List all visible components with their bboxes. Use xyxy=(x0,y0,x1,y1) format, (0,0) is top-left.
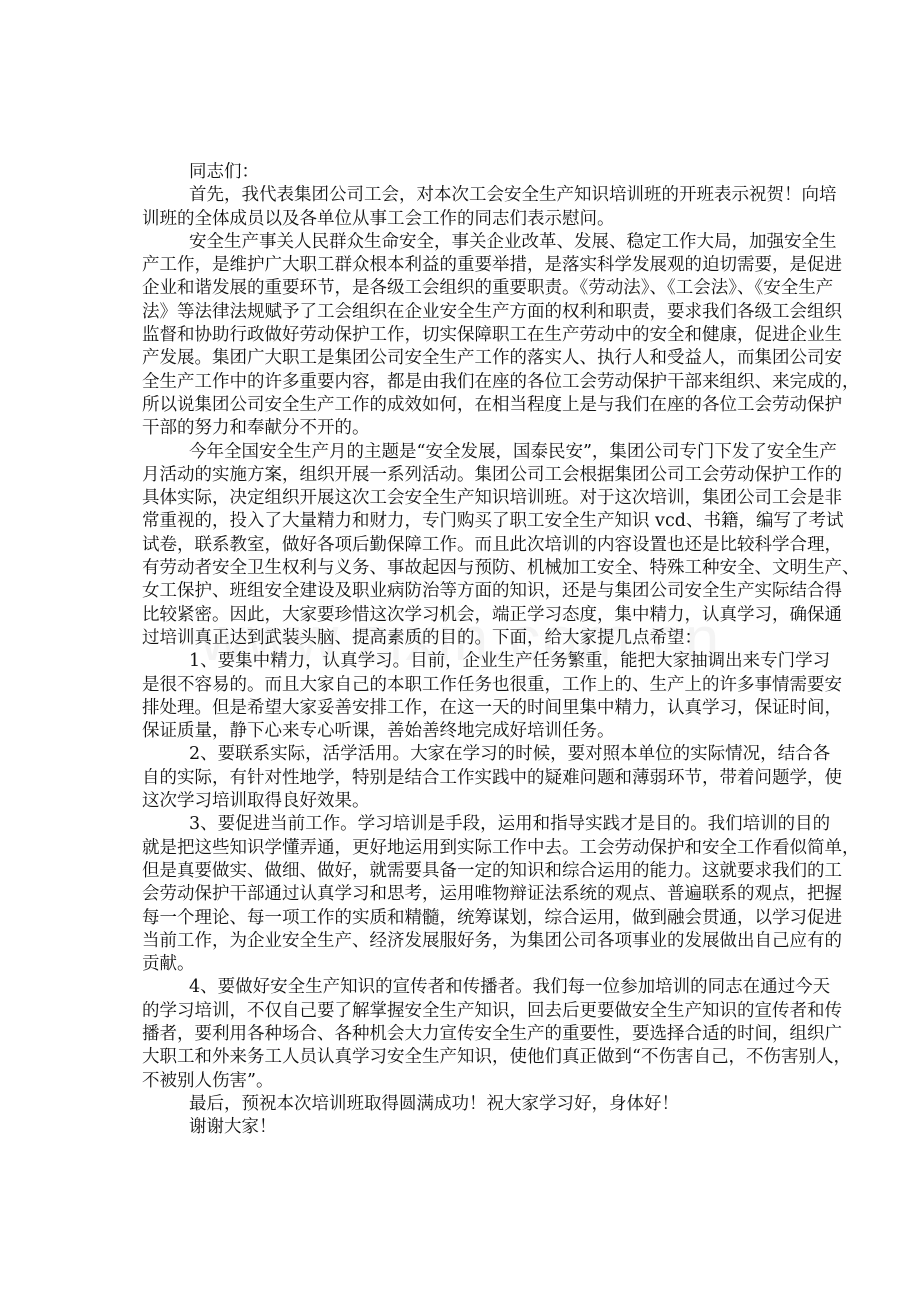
text-line: 产发展。集团广大职工是集团公司安全生产工作的落实人、执行人和受益人，而集团公司安 xyxy=(142,347,779,370)
text-line: 就是把这些知识学懂弄通，更好地运用到实际工作中去。工会劳动保护和安全工作看似简单… xyxy=(142,837,779,860)
text-line: 所以说集团公司安全生产工作的成效如何，在相当程度上是与我们在座的各位工会劳动保护 xyxy=(142,394,779,417)
text-line: 贡献。 xyxy=(142,953,779,976)
text-line: 不被别人伤害”。 xyxy=(142,1070,779,1093)
paragraph-this-year: 今年全国安全生产月的主题是“安全发展，国泰民安”，集团公司专门下发了安全生产月活… xyxy=(142,441,779,651)
document-body: 同志们：首先，我代表集团公司工会，对本次工会安全生产知识培训班的开班表示祝贺！向… xyxy=(142,161,779,1139)
paragraph-importance: 安全生产事关人民群众生命安全，事关企业改革、发展、稳定工作大局，加强安全生产工作… xyxy=(142,231,779,441)
paragraph-hope-4: 4、要做好安全生产知识的宣传者和传播者。我们每一位参加培训的同志在通过今天的学习… xyxy=(142,976,779,1092)
text-line: 训班的全体成员以及各单位从事工会工作的同志们表示慰问。 xyxy=(142,208,779,231)
text-line: 同志们： xyxy=(142,161,779,184)
text-line: 月活动的实施方案，组织开展一系列活动。集团公司工会根据集团公司工会劳动保护工作的 xyxy=(142,464,779,487)
text-line: 安全生产事关人民群众生命安全，事关企业改革、发展、稳定工作大局，加强安全生 xyxy=(142,231,779,254)
text-line: 有劳动者安全卫生权利与义务、事故起因与预防、机械加工安全、特殊工种安全、文明生产… xyxy=(142,557,779,580)
text-line: 法》等法律法规赋予了工会组织在企业安全生产方面的权利和职责，要求我们各级工会组织 xyxy=(142,301,779,324)
paragraph-closing-wish: 最后，预祝本次培训班取得圆满成功！祝大家学习好，身体好！ xyxy=(142,1093,779,1116)
paragraph-hope-1: 1、要集中精力，认真学习。目前，企业生产任务繁重，能把大家抽调出来专门学习是很不… xyxy=(142,650,779,743)
text-line: 全生产工作中的许多重要内容，都是由我们在座的各位工会劳动保护干部来组织、来完成的… xyxy=(142,371,779,394)
text-line: 最后，预祝本次培训班取得圆满成功！祝大家学习好，身体好！ xyxy=(142,1093,779,1116)
text-line: 4、要做好安全生产知识的宣传者和传播者。我们每一位参加培训的同志在通过今天 xyxy=(142,976,779,999)
text-line: 3、要促进当前工作。学习培训是手段，运用和指导实践才是目的。我们培训的目的 xyxy=(142,813,779,836)
text-line: 干部的努力和奉献分不开的。 xyxy=(142,417,779,440)
text-line: 会劳动保护干部通过认真学习和思考，运用唯物辩证法系统的观点、普遍联系的观点，把握 xyxy=(142,883,779,906)
text-line: 大职工和外来务工人员认真学习安全生产知识，使他们真正做到“不伤害自己，不伤害别人… xyxy=(142,1046,779,1069)
text-line: 谢谢大家！ xyxy=(142,1116,779,1139)
paragraph-hope-3: 3、要促进当前工作。学习培训是手段，运用和指导实践才是目的。我们培训的目的就是把… xyxy=(142,813,779,976)
text-line: 是很不容易的。而且大家自己的本职工作任务也很重，工作上的、生产上的许多事情需要安 xyxy=(142,674,779,697)
text-line: 具体实际，决定组织开展这次工会安全生产知识培训班。对于这次培训，集团公司工会是非 xyxy=(142,487,779,510)
text-line: 当前工作，为企业安全生产、经济发展服好务，为集团公司各项事业的发展做出自己应有的 xyxy=(142,930,779,953)
text-line: 保证质量，静下心来专心听课，善始善终地完成好培训任务。 xyxy=(142,720,779,743)
paragraph-opening: 首先，我代表集团公司工会，对本次工会安全生产知识培训班的开班表示祝贺！向培训班的… xyxy=(142,184,779,231)
text-line: 每一个理论、每一项工作的实质和精髓，统筹谋划，综合运用，做到融会贯通，以学习促进 xyxy=(142,907,779,930)
text-line: 首先，我代表集团公司工会，对本次工会安全生产知识培训班的开班表示祝贺！向培 xyxy=(142,184,779,207)
text-line: 播者，要利用各种场合、各种机会大力宣传安全生产的重要性，要选择合适的时间，组织广 xyxy=(142,1023,779,1046)
text-line: 这次学习培训取得良好效果。 xyxy=(142,790,779,813)
paragraph-thanks: 谢谢大家！ xyxy=(142,1116,779,1139)
text-line: 过培训真正达到武装头脑、提高素质的目的。下面，给大家提几点希望： xyxy=(142,627,779,650)
text-line: 但是真要做实、做细、做好，就需要具备一定的知识和综合运用的能力。这就要求我们的工 xyxy=(142,860,779,883)
text-line: 常重视的，投入了大量精力和财力，专门购买了职工安全生产知识 vcd、书籍，编写了… xyxy=(142,510,779,533)
paragraph-hope-2: 2、要联系实际，活学活用。大家在学习的时候，要对照本单位的实际情况，结合各自的实… xyxy=(142,743,779,813)
text-line: 企业和谐发展的重要环节，是各级工会组织的重要职责。《劳动法》、《工会法》、《安全… xyxy=(142,277,779,300)
text-line: 比较紧密。因此，大家要珍惜这次学习机会，端正学习态度，集中精力，认真学习，确保通 xyxy=(142,604,779,627)
text-line: 自的实际，有针对性地学，特别是结合工作实践中的疑难问题和薄弱环节，带着问题学，使 xyxy=(142,767,779,790)
text-line: 排处理。但是希望大家妥善安排工作，在这一天的时间里集中精力，认真学习，保证时间， xyxy=(142,697,779,720)
text-line: 产工作，是维护广大职工群众根本利益的重要举措，是落实科学发展观的迫切需要，是促进 xyxy=(142,254,779,277)
text-line: 2、要联系实际，活学活用。大家在学习的时候，要对照本单位的实际情况，结合各 xyxy=(142,743,779,766)
text-line: 的学习培训，不仅自己要了解掌握安全生产知识，回去后更要做安全生产知识的宣传者和传 xyxy=(142,1000,779,1023)
text-line: 监督和协助行政做好劳动保护工作，切实保障职工在生产劳动中的安全和健康，促进企业生 xyxy=(142,324,779,347)
text-line: 女工保护、班组安全建设及职业病防治等方面的知识，还是与集团公司安全生产实际结合得 xyxy=(142,580,779,603)
text-line: 今年全国安全生产月的主题是“安全发展，国泰民安”，集团公司专门下发了安全生产 xyxy=(142,441,779,464)
text-line: 1、要集中精力，认真学习。目前，企业生产任务繁重，能把大家抽调出来专门学习 xyxy=(142,650,779,673)
text-line: 试卷，联系教室，做好各项后勤保障工作。而且此次培训的内容设置也还是比较科学合理， xyxy=(142,534,779,557)
document-page: 同志们：首先，我代表集团公司工会，对本次工会安全生产知识培训班的开班表示祝贺！向… xyxy=(0,0,920,1302)
paragraph-salutation: 同志们： xyxy=(142,161,779,184)
